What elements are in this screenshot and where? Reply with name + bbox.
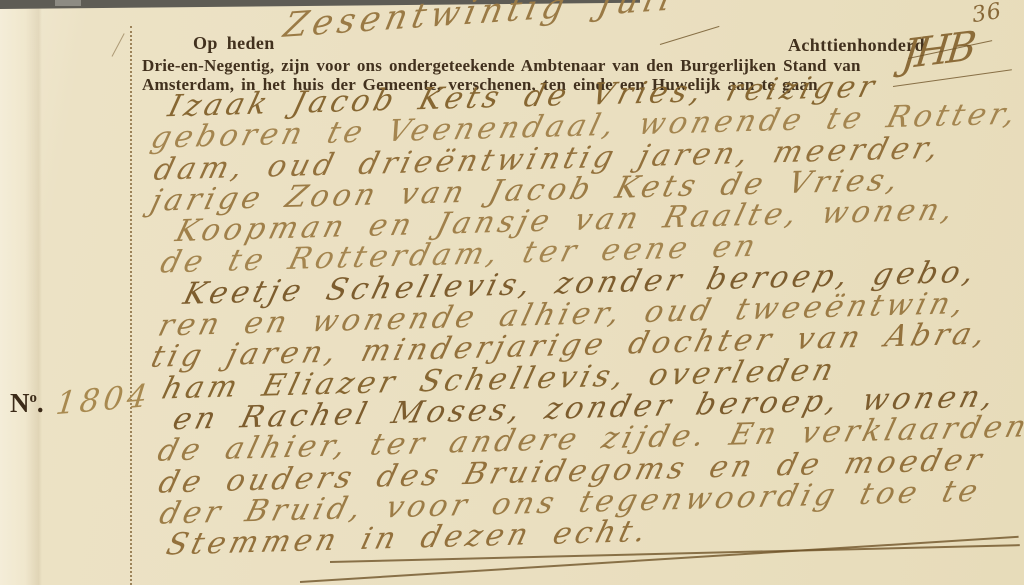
page-left-edge	[0, 0, 42, 585]
dotted-margin-rule	[130, 26, 132, 585]
record-number-label-dot: .	[37, 388, 44, 418]
record-number-label-n: N	[10, 388, 30, 418]
pen-flourish	[660, 26, 720, 45]
record-number-label-sup: o	[30, 390, 37, 406]
record-number: 1804	[54, 378, 153, 423]
marriage-record-scan: 36 Op heden Zesentwintig Juli Achttienho…	[0, 0, 1024, 585]
handwritten-date: Zesentwintig Juli	[280, 0, 680, 46]
record-number-label: No.	[10, 388, 44, 419]
pen-tick-mark	[112, 33, 125, 56]
printed-op-heden: Op heden	[193, 33, 275, 54]
record-body: Izaak Jacob Kets de Vries, reiziger gebo…	[140, 68, 1024, 562]
scan-edge-bar-gap	[55, 0, 81, 6]
